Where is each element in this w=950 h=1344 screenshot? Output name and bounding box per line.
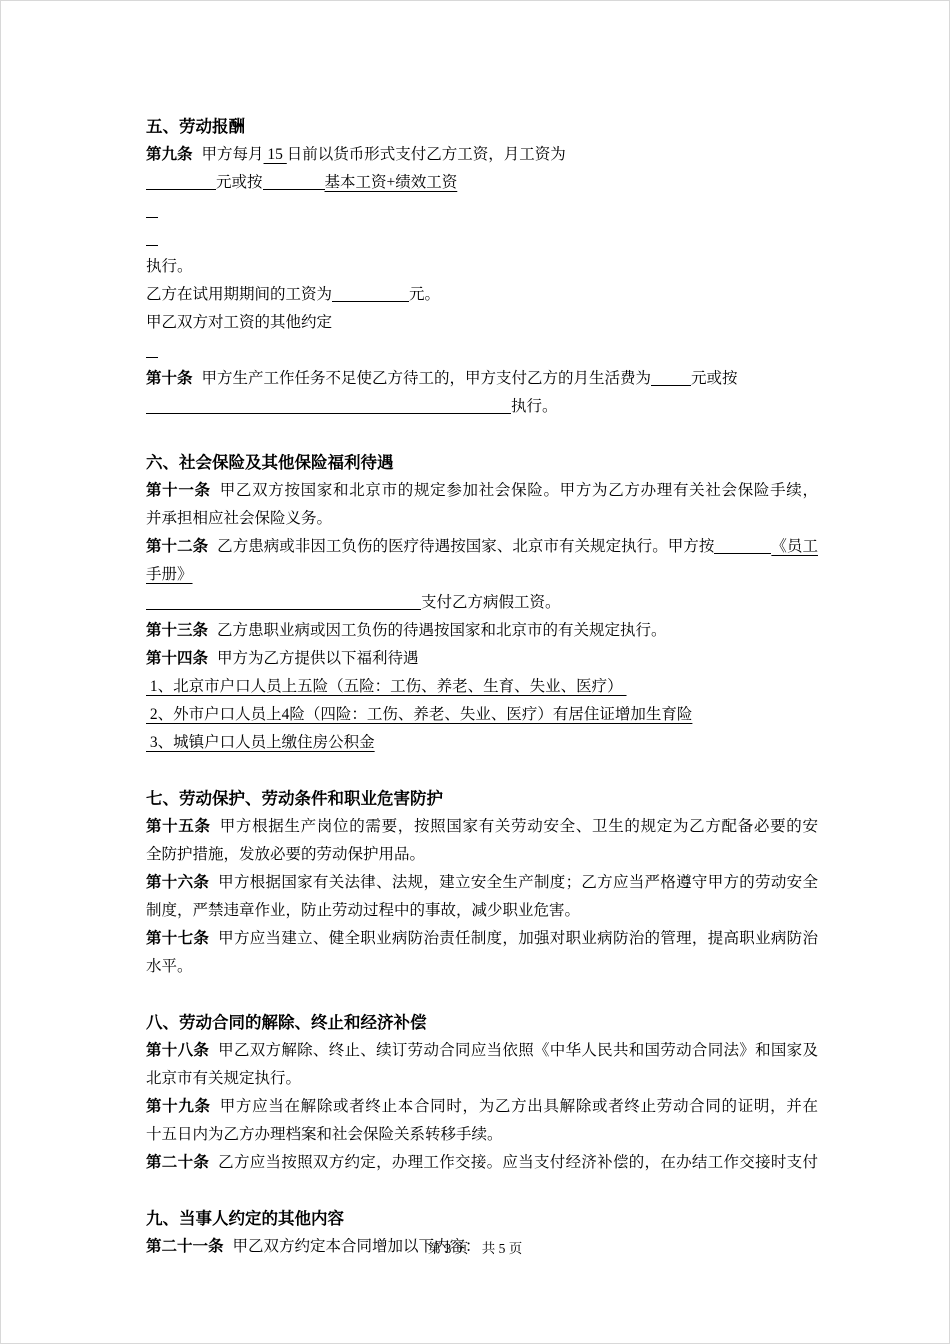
text-run: 甲方每月: [202, 146, 264, 163]
article-14: 第十四条甲方为乙方提供以下福利待遇: [146, 645, 818, 673]
article-number-label: 第十条: [146, 370, 193, 387]
article-20: 第二十条乙方应当按照双方约定，办理工作交接。应当支付经济补偿的，在办结工作交接时…: [146, 1149, 818, 1177]
article-12-line-1: 第十二条乙方患病或非因工负伤的医疗待遇按国家、北京市有关规定执行。甲方按《员工: [146, 533, 818, 561]
text-run: 执行。: [511, 398, 558, 415]
underlined-text: 《员工: [771, 538, 818, 555]
article-19-line-1: 第十九条甲方应当在解除或者终止本合同时，为乙方出具解除或者终止劳动合同的证明，并…: [146, 1093, 818, 1121]
article-number-label: 第十八条: [146, 1042, 209, 1059]
text-run: 五、劳动报酬: [146, 117, 245, 136]
fill-in-blank: [263, 178, 325, 190]
page-footer: 第 3 页 共 5 页: [1, 1237, 949, 1257]
text-run: 支付乙方病假工资。: [421, 594, 561, 611]
underlined-text: 手册》: [146, 566, 193, 583]
text-run: 九、当事人约定的其他内容: [146, 1209, 344, 1228]
article-number-label: 第十三条: [146, 622, 208, 639]
text-run: 制度，严禁违章作业，防止劳动过程中的事故，减少职业危害。: [146, 902, 580, 919]
fill-in-blank: [146, 206, 158, 218]
text-run: 甲方根据生产岗位的需要，按照国家有关劳动安全、卫生的规定为乙方配备必要的安: [220, 818, 818, 835]
article-9-line-2: 元或按基本工资+绩效工资: [146, 169, 818, 197]
article-11-line-2: 并承担相应社会保险义务。: [146, 505, 818, 533]
text-run: 乙方应当按照双方约定，办理工作交接。应当支付经济补偿的，在办结工作交接时支付: [218, 1154, 818, 1171]
article-number-label: 第十六条: [146, 874, 209, 891]
fill-in-blank: [146, 402, 511, 414]
fill-in-blank: [332, 290, 409, 302]
text-run: 甲方为乙方提供以下福利待遇: [217, 650, 419, 667]
blank-line-2: [146, 225, 818, 253]
text-run: 甲方根据国家有关法律、法规，建立安全生产制度；乙方应当严格遵守甲方的劳动安全: [218, 874, 818, 891]
section-heading-6: 六、社会保险及其他保险福利待遇: [146, 449, 818, 477]
fill-in-blank: [146, 178, 216, 190]
fill-in-blank: [146, 598, 421, 610]
section-heading-7: 七、劳动保护、劳动条件和职业危害防护: [146, 785, 818, 813]
contract-page: 五、劳动报酬第九条甲方每月 15 日前以货币形式支付乙方工资，月工资为元或按基本…: [0, 0, 950, 1344]
section-heading-8: 八、劳动合同的解除、终止和经济补偿: [146, 1009, 818, 1037]
article-15-line-2: 全防护措施，发放必要的劳动保护用品。: [146, 841, 818, 869]
article-9-line-1: 第九条甲方每月 15 日前以货币形式支付乙方工资，月工资为: [146, 141, 818, 169]
underlined-text: 3、城镇户口人员上缴住房公积金: [146, 734, 375, 751]
text-run: 甲乙双方对工资的其他约定: [146, 314, 332, 331]
underlined-text: 1、北京市户口人员上五险（五险：工伤、养老、生育、失业、医疗）: [146, 678, 627, 695]
text-run: 甲方应当建立、健全职业病防治责任制度，加强对职业病防治的管理，提高职业病防治: [218, 930, 818, 947]
text-run: 执行。: [146, 258, 193, 275]
benefit-item-2: 2、外市户口人员上4险（四险：工伤、养老、失业、医疗）有居住证增加生育险: [146, 701, 818, 729]
article-number-label: 第十一条: [146, 482, 211, 499]
text-run: 北京市有关规定执行。: [146, 1070, 301, 1087]
text-run: 六、社会保险及其他保险福利待遇: [146, 453, 394, 472]
text-run: 甲方应当在解除或者终止本合同时，为乙方出具解除或者终止劳动合同的证明，并在: [220, 1098, 818, 1115]
article-number-label: 第九条: [146, 146, 193, 163]
section-heading-9: 九、当事人约定的其他内容: [146, 1205, 818, 1233]
text-run: 水平。: [146, 958, 193, 975]
text-run: 乙方在试用期期间的工资为: [146, 286, 332, 303]
underlined-text: 2、外市户口人员上4险（四险：工伤、养老、失业、医疗）有居住证增加生育险: [146, 706, 692, 723]
underlined-text: 15: [264, 146, 287, 163]
article-12-line-2: 手册》: [146, 561, 818, 589]
article-number-label: 第十九条: [146, 1098, 211, 1115]
text-run: 乙方患职业病或因工负伤的待遇按国家和北京市的有关规定执行。: [217, 622, 667, 639]
article-10-line-2: 执行。: [146, 393, 818, 421]
article-18-line-1: 第十八条甲乙双方解除、终止、续订劳动合同应当依照《中华人民共和国劳动合同法》和国…: [146, 1037, 818, 1065]
underlined-text: 基本工资+绩效工资: [325, 174, 458, 191]
text-run: 十五日内为乙方办理档案和社会保险关系转移手续。: [146, 1126, 503, 1143]
text-run: 七、劳动保护、劳动条件和职业危害防护: [146, 789, 443, 808]
article-16-line-1: 第十六条甲方根据国家有关法律、法规，建立安全生产制度；乙方应当严格遵守甲方的劳动…: [146, 869, 818, 897]
article-number-label: 第十五条: [146, 818, 211, 835]
benefit-item-3: 3、城镇户口人员上缴住房公积金: [146, 729, 818, 757]
fill-in-blank: [146, 346, 158, 358]
text-run: 并承担相应社会保险义务。: [146, 510, 332, 527]
fill-in-blank: [714, 542, 771, 554]
article-13: 第十三条乙方患职业病或因工负伤的待遇按国家和北京市的有关规定执行。: [146, 617, 818, 645]
article-19-line-2: 十五日内为乙方办理档案和社会保险关系转移手续。: [146, 1121, 818, 1149]
text-run: 乙方患病或非因工负伤的医疗待遇按国家、北京市有关规定执行。甲方按: [217, 538, 714, 555]
article-17-line-2: 水平。: [146, 953, 818, 981]
blank-line-3: [146, 337, 818, 365]
section-heading-5: 五、劳动报酬: [146, 113, 818, 141]
text-run: 元或按: [691, 370, 738, 387]
text-run: 甲乙双方解除、终止、续订劳动合同应当依照《中华人民共和国劳动合同法》和国家及: [218, 1042, 818, 1059]
text-run: 日前以货币形式支付乙方工资，月工资为: [287, 146, 566, 163]
fill-in-blank: [651, 374, 691, 386]
article-9-line-5: 执行。: [146, 253, 818, 281]
benefit-item-1: 1、北京市户口人员上五险（五险：工伤、养老、生育、失业、医疗）: [146, 673, 818, 701]
text-run: 元或按: [216, 174, 263, 191]
text-run: 甲乙双方按国家和北京市的规定参加社会保险。甲方为乙方办理有关社会保险手续，: [220, 482, 818, 499]
fill-in-blank: [146, 234, 158, 246]
article-number-label: 第十二条: [146, 538, 208, 555]
article-15-line-1: 第十五条甲方根据生产岗位的需要，按照国家有关劳动安全、卫生的规定为乙方配备必要的…: [146, 813, 818, 841]
article-11-line-1: 第十一条甲乙双方按国家和北京市的规定参加社会保险。甲方为乙方办理有关社会保险手续…: [146, 477, 818, 505]
article-18-line-2: 北京市有关规定执行。: [146, 1065, 818, 1093]
blank-line-1: [146, 197, 818, 225]
article-9-other-agreement: 甲乙双方对工资的其他约定: [146, 309, 818, 337]
article-9-probation-wage: 乙方在试用期期间的工资为元。: [146, 281, 818, 309]
article-16-line-2: 制度，严禁违章作业，防止劳动过程中的事故，减少职业危害。: [146, 897, 818, 925]
article-number-label: 第十四条: [146, 650, 208, 667]
article-17-line-1: 第十七条甲方应当建立、健全职业病防治责任制度，加强对职业病防治的管理，提高职业病…: [146, 925, 818, 953]
article-number-label: 第二十条: [146, 1154, 209, 1171]
article-12-line-3: 支付乙方病假工资。: [146, 589, 818, 617]
text-run: 元。: [409, 286, 440, 303]
text-run: 全防护措施，发放必要的劳动保护用品。: [146, 846, 425, 863]
text-run: 甲方生产工作任务不足使乙方待工的，甲方支付乙方的月生活费为: [202, 370, 652, 387]
article-number-label: 第十七条: [146, 930, 209, 947]
document-content: 五、劳动报酬第九条甲方每月 15 日前以货币形式支付乙方工资，月工资为元或按基本…: [146, 113, 818, 1261]
article-10-line-1: 第十条甲方生产工作任务不足使乙方待工的，甲方支付乙方的月生活费为元或按: [146, 365, 818, 393]
text-run: 八、劳动合同的解除、终止和经济补偿: [146, 1013, 427, 1032]
